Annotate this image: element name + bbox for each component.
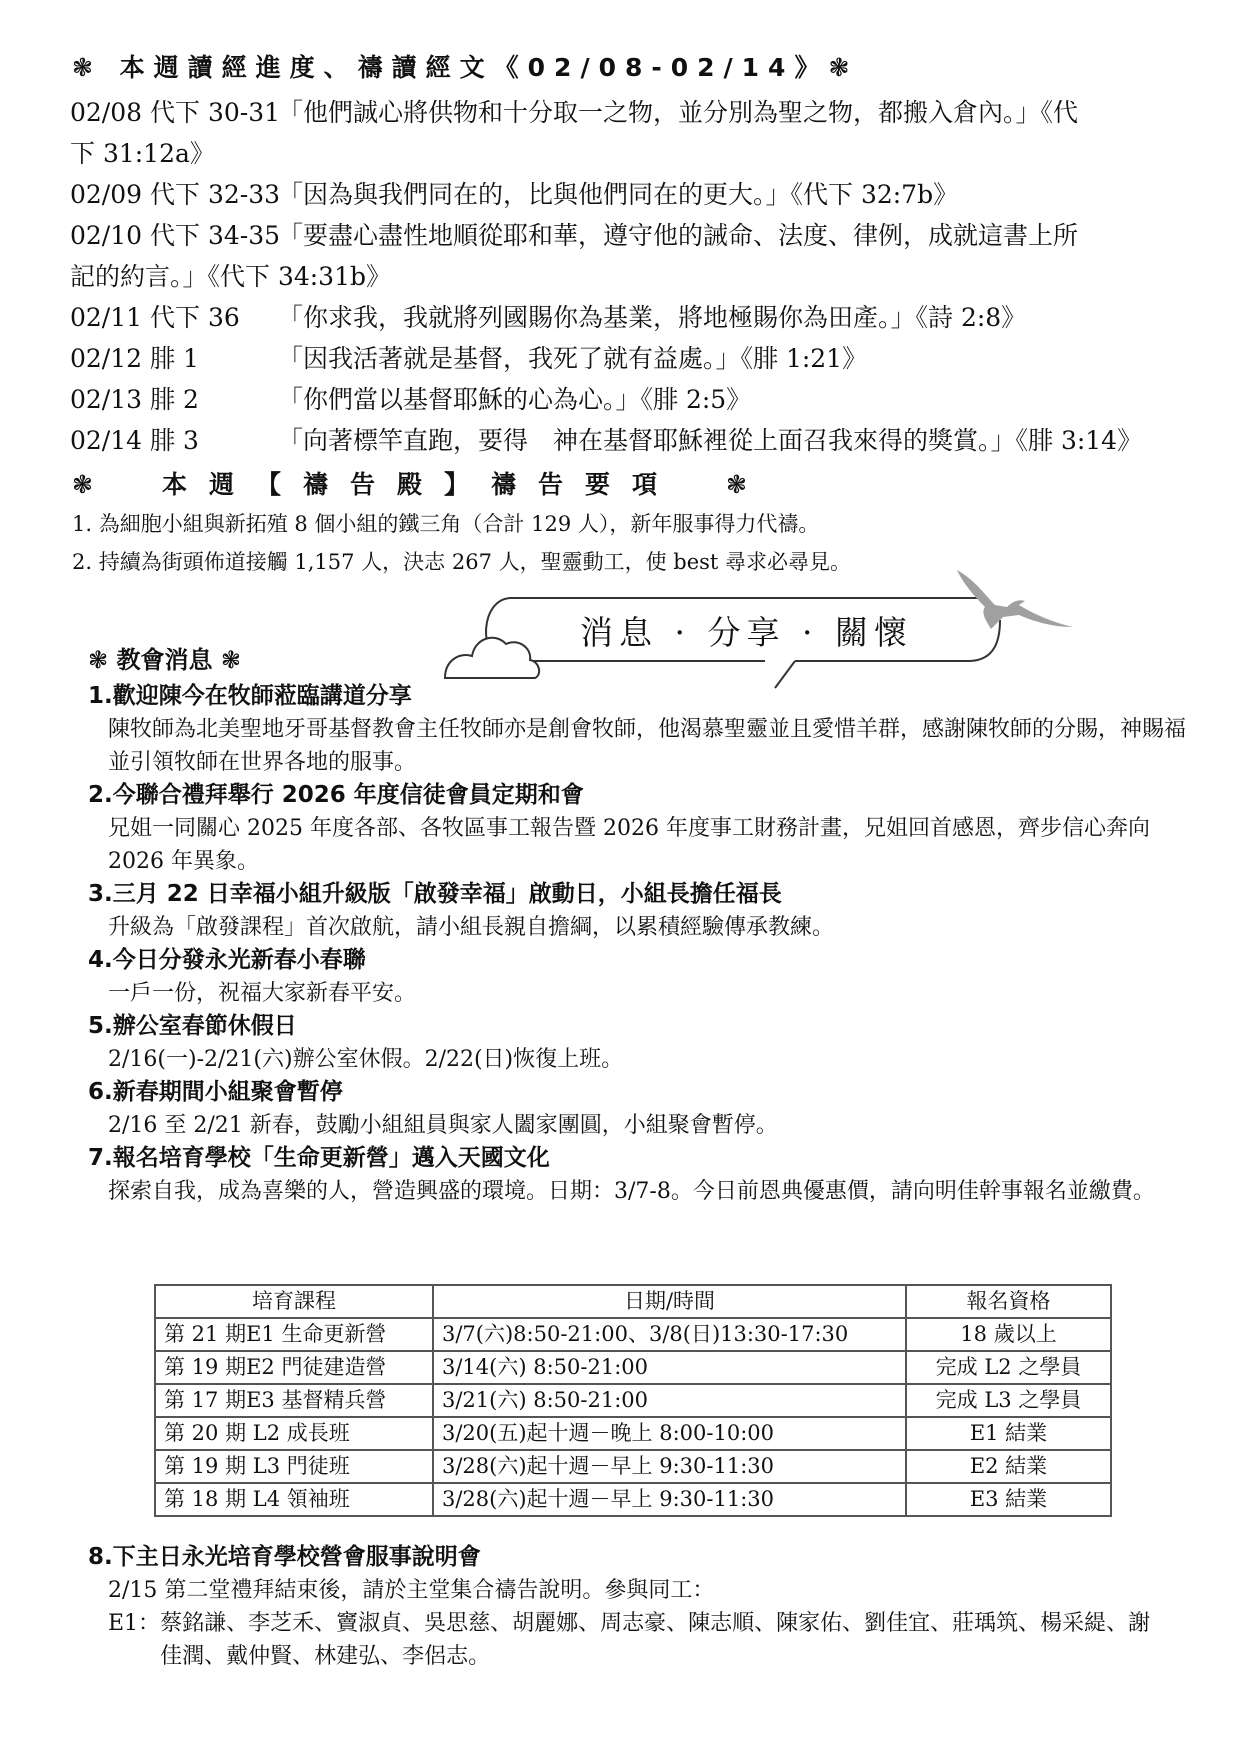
reading-verse-cont: 下 31:12a》 bbox=[70, 133, 1190, 174]
table-cell: 第 18 期 L4 領袖班 bbox=[155, 1483, 433, 1516]
table-row: 第 19 期 L3 門徒班 3/28(六)起十週－早上 9:30-11:30 E… bbox=[155, 1450, 1111, 1483]
eagle-icon bbox=[955, 565, 1075, 640]
table-header: 培育課程 bbox=[155, 1285, 433, 1318]
news-item-body: 一戶一份，祝福大家新春平安。 bbox=[88, 977, 1198, 1010]
news-item-title: 5.辦公室春節休假日 bbox=[88, 1010, 1198, 1043]
news-item-title: 2.今聯合禮拜舉行 2026 年度信徒會員定期和會 bbox=[88, 779, 1198, 812]
reading-ref: 02/13 腓 2 bbox=[70, 379, 278, 420]
news-item-8: 8.下主日永光培育學校營會服事說明會 2/15 第二堂禮拜結束後，請於主堂集合禱… bbox=[88, 1541, 1198, 1673]
table-cell: 3/21(六) 8:50-21:00 bbox=[433, 1384, 906, 1417]
table-header: 日期/時間 bbox=[433, 1285, 906, 1318]
news-item-body: 探索自我，成為喜樂的人，營造興盛的環境。日期：3/7-8。今日前恩典優惠價，請向… bbox=[88, 1175, 1198, 1208]
news-item-body: 兄姐一同關心 2025 年度各部、各牧區事工報告暨 2026 年度事工財務計畫，… bbox=[88, 812, 1198, 878]
table-row: 第 19 期E2 門徒建造營 3/14(六) 8:50-21:00 完成 L2 … bbox=[155, 1351, 1111, 1384]
reading-entry: 02/09 代下 32-33「因為與我們同在的，比與他們同在的更大。」《代下 3… bbox=[70, 174, 1190, 215]
news-item-title: 1.歡迎陳今在牧師蒞臨講道分享 bbox=[88, 680, 1198, 713]
reading-verse: 「你們當以基督耶穌的心為心。」《腓 2:5》 bbox=[278, 385, 751, 414]
prayer-section-title: ❃ 本週【禱告殿】禱告要項 ❃ bbox=[72, 465, 769, 501]
table-cell: 第 17 期E3 基督精兵營 bbox=[155, 1384, 433, 1417]
reading-ref: 02/12 腓 1 bbox=[70, 338, 278, 379]
table-cell: 完成 L3 之學員 bbox=[906, 1384, 1111, 1417]
table-row: 第 17 期E3 基督精兵營 3/21(六) 8:50-21:00 完成 L3 … bbox=[155, 1384, 1111, 1417]
table-cell: 第 19 期E2 門徒建造營 bbox=[155, 1351, 433, 1384]
reading-verse: 「他們誠心將供物和十分取一之物，並分別為聖之物，都搬入倉內。」《代 bbox=[278, 98, 1078, 127]
reading-verse-cont: 記的約言。」《代下 34:31b》 bbox=[70, 256, 1190, 297]
reading-entry: 02/12 腓 1「因我活著就是基督，我死了就有益處。」《腓 1:21》 bbox=[70, 338, 1190, 379]
reading-verse: 「你求我，我就將列國賜你為基業，將地極賜你為田產。」《詩 2:8》 bbox=[278, 303, 1026, 332]
course-schedule-table: 培育課程 日期/時間 報名資格 第 21 期E1 生命更新營 3/7(六)8:5… bbox=[154, 1284, 1112, 1517]
news-section-title: ❃ 教會消息 ❃ bbox=[88, 644, 241, 677]
volunteer-list: E1： 蔡銘謙、李芝禾、竇淑貞、吳思慈、胡麗娜、周志豪、陳志順、陳家佑、劉佳宜、… bbox=[88, 1607, 1168, 1673]
news-item-body: 2/16(一)-2/21(六)辦公室休假。2/22(日)恢復上班。 bbox=[88, 1043, 1198, 1076]
news-item-title: 8.下主日永光培育學校營會服事說明會 bbox=[88, 1541, 1198, 1574]
reading-verse: 「要盡心盡性地順從耶和華，遵守他的誡命、法度、律例，成就這書上所 bbox=[278, 221, 1078, 250]
news-item-title: 3.三月 22 日幸福小組升級版「啟發幸福」啟動日，小組長擔任福長 bbox=[88, 878, 1198, 911]
reading-ref: 02/08 代下 30-31 bbox=[70, 92, 278, 133]
reading-ref: 02/11 代下 36 bbox=[70, 297, 278, 338]
table-row: 第 18 期 L4 領袖班 3/28(六)起十週－早上 9:30-11:30 E… bbox=[155, 1483, 1111, 1516]
table-cell: 18 歲以上 bbox=[906, 1318, 1111, 1351]
table-cell: E1 結業 bbox=[906, 1417, 1111, 1450]
table-cell: 第 21 期E1 生命更新營 bbox=[155, 1318, 433, 1351]
prayer-item: 1. 為細胞小組與新拓殖 8 個小組的鐵三角（合計 129 人），新年服事得力代… bbox=[72, 505, 851, 543]
banner-title: 消息 · 分享 · 關懷 bbox=[580, 607, 913, 654]
table-cell: 3/14(六) 8:50-21:00 bbox=[433, 1351, 906, 1384]
table-header-row: 培育課程 日期/時間 報名資格 bbox=[155, 1285, 1111, 1318]
table-cell: E3 結業 bbox=[906, 1483, 1111, 1516]
table-cell: 第 19 期 L3 門徒班 bbox=[155, 1450, 433, 1483]
news-item-body: 2/15 第二堂禮拜結束後，請於主堂集合禱告說明。參與同工： bbox=[88, 1574, 1198, 1607]
reading-list: 02/08 代下 30-31「他們誠心將供物和十分取一之物，並分別為聖之物，都搬… bbox=[70, 92, 1190, 461]
table-cell: 3/28(六)起十週－早上 9:30-11:30 bbox=[433, 1483, 906, 1516]
reading-ref: 02/14 腓 3 bbox=[70, 420, 278, 461]
reading-verse: 「因我活著就是基督，我死了就有益處。」《腓 1:21》 bbox=[278, 344, 867, 373]
reading-verse: 「向著標竿直跑，要得 神在基督耶穌裡從上面召我來得的獎賞。」《腓 3:14》 bbox=[278, 426, 1142, 455]
table-cell: 第 20 期 L2 成長班 bbox=[155, 1417, 433, 1450]
volunteer-names: 蔡銘謙、李芝禾、竇淑貞、吳思慈、胡麗娜、周志豪、陳志順、陳家佑、劉佳宜、莊瑀筑、… bbox=[160, 1607, 1168, 1673]
reading-entry: 02/08 代下 30-31「他們誠心將供物和十分取一之物，並分別為聖之物，都搬… bbox=[70, 92, 1190, 133]
news-item-title: 6.新春期間小組聚會暫停 bbox=[88, 1076, 1198, 1109]
table-row: 第 20 期 L2 成長班 3/20(五)起十週－晚上 8:00-10:00 E… bbox=[155, 1417, 1111, 1450]
table-cell: 3/28(六)起十週－早上 9:30-11:30 bbox=[433, 1450, 906, 1483]
volunteer-label: E1： bbox=[108, 1607, 160, 1673]
reading-section-title: ❃ 本週讀經進度、禱讀經文《02/08-02/14》❃ bbox=[72, 48, 858, 84]
table-cell: 3/20(五)起十週－晚上 8:00-10:00 bbox=[433, 1417, 906, 1450]
reading-entry: 02/13 腓 2「你們當以基督耶穌的心為心。」《腓 2:5》 bbox=[70, 379, 1190, 420]
reading-ref: 02/10 代下 34-35 bbox=[70, 215, 278, 256]
reading-verse: 「因為與我們同在的，比與他們同在的更大。」《代下 32:7b》 bbox=[278, 180, 958, 209]
table-cell: 3/7(六)8:50-21:00、3/8(日)13:30-17:30 bbox=[433, 1318, 906, 1351]
reading-entry: 02/10 代下 34-35「要盡心盡性地順從耶和華，遵守他的誡命、法度、律例，… bbox=[70, 215, 1190, 256]
news-list: 1.歡迎陳今在牧師蒞臨講道分享 陳牧師為北美聖地牙哥基督教會主任牧師亦是創會牧師… bbox=[88, 680, 1198, 1208]
table-header: 報名資格 bbox=[906, 1285, 1111, 1318]
news-item-body: 升級為「啟發課程」首次啟航，請小組長親自擔綱，以累積經驗傳承教練。 bbox=[88, 911, 1198, 944]
reading-ref: 02/09 代下 32-33 bbox=[70, 174, 278, 215]
table-cell: E2 結業 bbox=[906, 1450, 1111, 1483]
news-item-body: 2/16 至 2/21 新春，鼓勵小組組員與家人闔家團圓，小組聚會暫停。 bbox=[88, 1109, 1198, 1142]
news-item-title: 7.報名培育學校「生命更新營」邁入天國文化 bbox=[88, 1142, 1198, 1175]
news-item-body: 陳牧師為北美聖地牙哥基督教會主任牧師亦是創會牧師，他渴慕聖靈並且愛惜羊群，感謝陳… bbox=[88, 713, 1198, 779]
news-item-title: 4.今日分發永光新春小春聯 bbox=[88, 944, 1198, 977]
reading-entry: 02/14 腓 3「向著標竿直跑，要得 神在基督耶穌裡從上面召我來得的獎賞。」《… bbox=[70, 420, 1190, 461]
table-row: 第 21 期E1 生命更新營 3/7(六)8:50-21:00、3/8(日)13… bbox=[155, 1318, 1111, 1351]
reading-entry: 02/11 代下 36「你求我，我就將列國賜你為基業，將地極賜你為田產。」《詩 … bbox=[70, 297, 1190, 338]
table-cell: 完成 L2 之學員 bbox=[906, 1351, 1111, 1384]
